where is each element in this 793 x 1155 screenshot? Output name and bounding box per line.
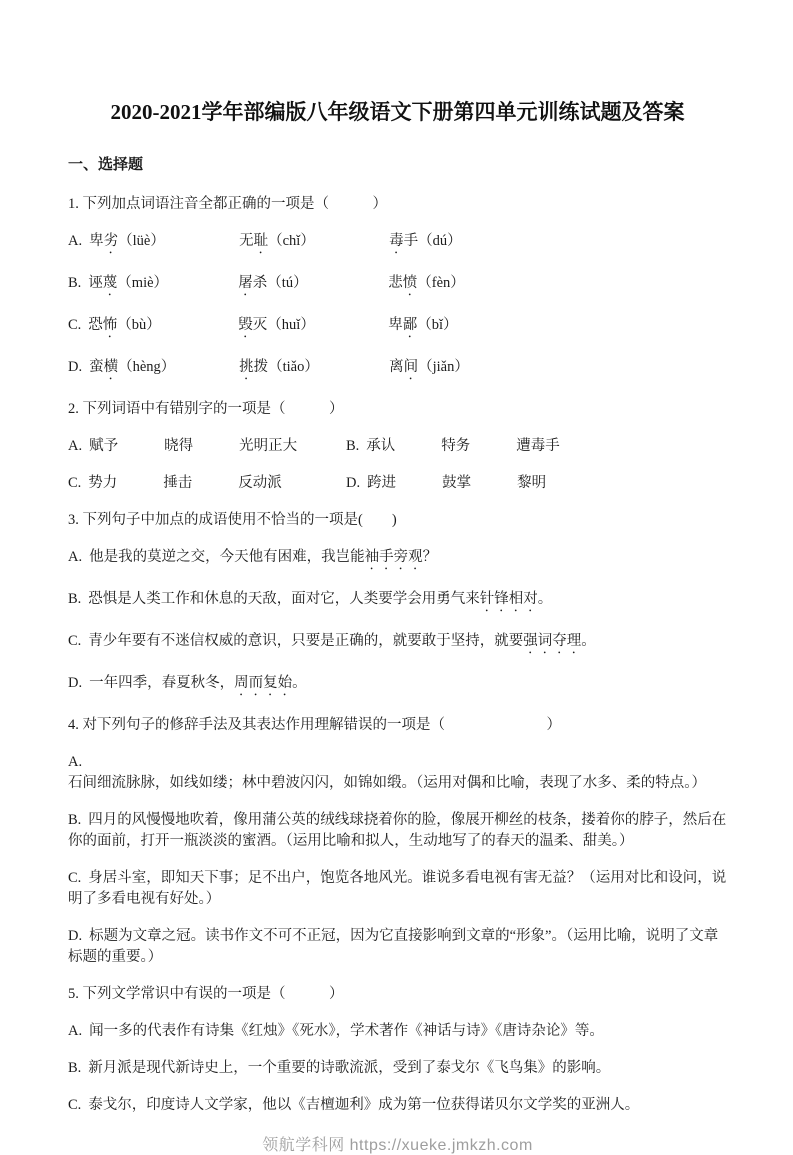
q3-option-a: A.他是我的莫逆之交，今天他有困难，我岂能袖手旁观？ bbox=[68, 547, 727, 573]
q1-word-group: 悲愤（fèn） bbox=[388, 273, 465, 299]
sentence-pre: 青少年要有不迷信权威的意识，只要是正确的，就要敢于坚持，就要 bbox=[88, 633, 523, 649]
pinyin: （tiǎo） bbox=[268, 359, 319, 375]
q1-word-group: 挑拨（tiǎo） bbox=[239, 357, 389, 383]
word: 晓得 bbox=[164, 438, 193, 454]
dotted-idiom: 强词夺理 bbox=[523, 633, 581, 649]
q5-option-b: B.新月派是现代新诗史上，一个重要的诗歌流派，受到了泰戈尔《飞鸟集》的影响。 bbox=[68, 1058, 727, 1079]
q4-option-c: C.身居斗室，即知天下事；足不出户，饱览各地风光。谁说多看电视有害无益？（运用对… bbox=[68, 868, 727, 910]
option-label: A. bbox=[68, 549, 82, 565]
word-pre: 恐 bbox=[88, 317, 103, 333]
word-post: 拨 bbox=[254, 359, 269, 375]
option-label: A. bbox=[68, 231, 82, 257]
word: 鼓掌 bbox=[442, 475, 471, 491]
q1-word-group: 蛮横（hèng） bbox=[89, 357, 239, 383]
pinyin: （jiǎn） bbox=[418, 359, 469, 375]
q1-option-b: B. 诬蔑（miè） 屠杀（tú） 悲愤（fèn） bbox=[68, 273, 727, 299]
q3-option-b: B.恐惧是人类工作和休息的天敌，面对它，人类要学会用勇气来针锋相对。 bbox=[68, 589, 727, 615]
option-text: 闻一多的代表作有诗集《红烛》《死水》，学术著作《神话与诗》《唐诗杂论》等。 bbox=[89, 1023, 604, 1039]
sentence-pre: 一年四季，春夏秋冬， bbox=[89, 675, 234, 691]
q5-option-c: C.泰戈尔，印度诗人文学家，他以《吉檀迦利》成为第一位获得诺贝尔文学奖的亚洲人。 bbox=[68, 1095, 727, 1116]
q3-option-c: C.青少年要有不迷信权威的意识，只要是正确的，就要敢于坚持，就要强词夺理。 bbox=[68, 631, 727, 657]
q1-word-group: 卑劣（lüè） bbox=[89, 231, 239, 257]
dotted-idiom: 周而复始 bbox=[234, 675, 292, 691]
option-label: D. bbox=[68, 357, 82, 383]
option-label: B. bbox=[68, 273, 81, 299]
pinyin: （chǐ） bbox=[268, 233, 315, 249]
word: 光明正大 bbox=[239, 438, 297, 454]
dotted-char: 横 bbox=[104, 359, 119, 375]
option-label: C. bbox=[68, 870, 81, 886]
exam-document-page: 2020-2021学年部编版八年级语文下册第四单元训练试题及答案 一、选择题 1… bbox=[0, 0, 793, 1122]
q2-stem: 2. 下列词语中有错别字的一项是（ ） bbox=[68, 399, 727, 420]
word-post: 杀 bbox=[253, 275, 268, 291]
pinyin: （hèng） bbox=[118, 359, 175, 375]
word: 势力 bbox=[88, 475, 117, 491]
q1-word-group: 离间（jiǎn） bbox=[389, 357, 469, 383]
word: 赋予 bbox=[89, 438, 118, 454]
pinyin: （bù） bbox=[117, 317, 161, 333]
dotted-char: 劣 bbox=[104, 233, 119, 249]
word-pre: 蛮 bbox=[89, 359, 104, 375]
q1-word-group: 屠杀（tú） bbox=[238, 273, 388, 299]
pinyin: （fèn） bbox=[417, 275, 465, 291]
dotted-char: 耻 bbox=[254, 233, 269, 249]
q2-option-a: A.赋予晓得光明正大 bbox=[68, 436, 346, 457]
word-pre: 无 bbox=[239, 233, 254, 249]
q2-option-b: B.承认特务遭毒手 bbox=[346, 436, 560, 457]
q1-word-group: 毁灭（huǐ） bbox=[238, 315, 388, 341]
q2-options-row-2: C.势力捶击反动派 D.跨进鼓掌黎明 bbox=[68, 473, 727, 494]
q1-option-c: C. 恐怖（bù） 毁灭（huǐ） 卑鄙（bǐ） bbox=[68, 315, 727, 341]
sentence-post: 。 bbox=[538, 591, 553, 607]
word-pre: 悲 bbox=[388, 275, 403, 291]
q1-word-group: 诬蔑（miè） bbox=[88, 273, 238, 299]
pinyin: （lüè） bbox=[118, 233, 165, 249]
q4-option-a: A.石间细流脉脉，如线如缕；林中碧波闪闪，如锦如缎。（运用对偶和比喻，表现了水多… bbox=[68, 752, 727, 794]
dotted-char: 鄙 bbox=[403, 317, 418, 333]
dotted-char: 怖 bbox=[103, 317, 118, 333]
q2-options-row-1: A.赋予晓得光明正大 B.承认特务遭毒手 bbox=[68, 436, 727, 457]
dotted-char: 屠 bbox=[238, 275, 253, 291]
q1-option-a: A. 卑劣（lüè） 无耻（chǐ） 毒手（dú） bbox=[68, 231, 727, 257]
option-text: 标题为文章之冠。读书作文不可不正冠，因为它直接影响到文章的“形象”。（运用比喻，… bbox=[68, 928, 718, 965]
option-label: D. bbox=[68, 928, 82, 944]
pinyin: （dú） bbox=[418, 233, 462, 249]
word-pre: 离 bbox=[389, 359, 404, 375]
option-label: A. bbox=[68, 438, 82, 454]
sentence-pre: 恐惧是人类工作和休息的天敌，面对它，人类要学会用勇气来 bbox=[88, 591, 480, 607]
dotted-char: 间 bbox=[404, 359, 419, 375]
word: 特务 bbox=[441, 438, 470, 454]
word: 捶击 bbox=[163, 475, 192, 491]
q2-option-c: C.势力捶击反动派 bbox=[68, 473, 346, 494]
pinyin: （bǐ） bbox=[417, 317, 457, 333]
sentence-pre: 他是我的莫逆之交，今天他有困难，我岂能 bbox=[89, 549, 365, 565]
option-label: C. bbox=[68, 1097, 81, 1113]
sentence-post: 。 bbox=[292, 675, 307, 691]
option-label: C. bbox=[68, 475, 81, 491]
word: 承认 bbox=[366, 438, 395, 454]
option-label: C. bbox=[68, 315, 81, 341]
q1-stem: 1. 下列加点词语注音全都正确的一项是（ ） bbox=[68, 194, 727, 215]
dotted-idiom: 针锋相对 bbox=[480, 591, 538, 607]
option-label: B. bbox=[346, 438, 359, 454]
option-text: 泰戈尔，印度诗人文学家，他以《吉檀迦利》成为第一位获得诺贝尔文学奖的亚洲人。 bbox=[88, 1097, 639, 1113]
option-text: 新月派是现代新诗史上，一个重要的诗歌流派，受到了泰戈尔《飞鸟集》的影响。 bbox=[88, 1060, 610, 1076]
sentence-post: 。 bbox=[581, 633, 596, 649]
word-pre: 诬 bbox=[88, 275, 103, 291]
q1-word-group: 卑鄙（bǐ） bbox=[388, 315, 457, 341]
dotted-char: 愤 bbox=[403, 275, 418, 291]
word: 黎明 bbox=[517, 475, 546, 491]
q3-option-d: D.一年四季，春夏秋冬，周而复始。 bbox=[68, 673, 727, 699]
page-title: 2020-2021学年部编版八年级语文下册第四单元训练试题及答案 bbox=[68, 96, 727, 126]
q1-word-group: 恐怖（bù） bbox=[88, 315, 238, 341]
word-post: 灭 bbox=[253, 317, 268, 333]
q4-option-d: D.标题为文章之冠。读书作文不可不正冠，因为它直接影响到文章的“形象”。（运用比… bbox=[68, 926, 727, 968]
option-label: D. bbox=[346, 475, 360, 491]
option-label: B. bbox=[68, 1060, 81, 1076]
word: 遭毒手 bbox=[516, 438, 560, 454]
option-text: 四月的风慢慢地吹着，像用蒲公英的绒线球挠着你的脸，像展开柳丝的枝条，搂着你的脖子… bbox=[68, 812, 726, 849]
footer-watermark: 领航学科网 https://xueke.jmkzh.com bbox=[68, 1132, 727, 1155]
pinyin: （miè） bbox=[117, 275, 168, 291]
q1-word-group: 无耻（chǐ） bbox=[239, 231, 389, 257]
option-label: A. bbox=[68, 754, 82, 770]
word-post: 手 bbox=[404, 233, 419, 249]
q4-stem: 4. 对下列句子的修辞手法及其表达作用理解错误的一项是（ ） bbox=[68, 715, 727, 736]
option-label: B. bbox=[68, 591, 81, 607]
q5-stem: 5. 下列文学常识中有误的一项是（ ） bbox=[68, 984, 727, 1005]
q2-option-d: D.跨进鼓掌黎明 bbox=[346, 473, 546, 494]
option-text: 身居斗室，即知天下事；足不出户，饱览各地风光。谁说多看电视有害无益？（运用对比和… bbox=[68, 870, 726, 907]
option-text: 石间细流脉脉，如线如缕；林中碧波闪闪，如锦如缎。（运用对偶和比喻，表现了水多、柔… bbox=[68, 775, 706, 791]
word-pre: 卑 bbox=[89, 233, 104, 249]
q3-stem: 3. 下列句子中加点的成语使用不恰当的一项是( ) bbox=[68, 510, 727, 531]
q1-word-group: 毒手（dú） bbox=[389, 231, 462, 257]
word-pre: 卑 bbox=[388, 317, 403, 333]
q1-option-d: D. 蛮横（hèng） 挑拨（tiǎo） 离间（jiǎn） bbox=[68, 357, 727, 383]
dotted-char: 毁 bbox=[238, 317, 253, 333]
q4-option-b: B.四月的风慢慢地吹着，像用蒲公英的绒线球挠着你的脸，像展开柳丝的枝条，搂着你的… bbox=[68, 810, 727, 852]
pinyin: （tú） bbox=[267, 275, 307, 291]
option-label: C. bbox=[68, 633, 81, 649]
dotted-char: 毒 bbox=[389, 233, 404, 249]
q5-option-a: A.闻一多的代表作有诗集《红烛》《死水》，学术著作《神话与诗》《唐诗杂论》等。 bbox=[68, 1021, 727, 1042]
dotted-char: 挑 bbox=[239, 359, 254, 375]
word: 跨进 bbox=[367, 475, 396, 491]
dotted-char: 蔑 bbox=[103, 275, 118, 291]
pinyin: （huǐ） bbox=[267, 317, 315, 333]
sentence-post: ？ bbox=[423, 549, 438, 565]
dotted-idiom: 袖手旁观 bbox=[365, 549, 423, 565]
section-heading: 一、选择题 bbox=[68, 153, 727, 174]
option-label: A. bbox=[68, 1023, 82, 1039]
word: 反动派 bbox=[238, 475, 282, 491]
option-label: B. bbox=[68, 812, 81, 828]
option-label: D. bbox=[68, 675, 82, 691]
